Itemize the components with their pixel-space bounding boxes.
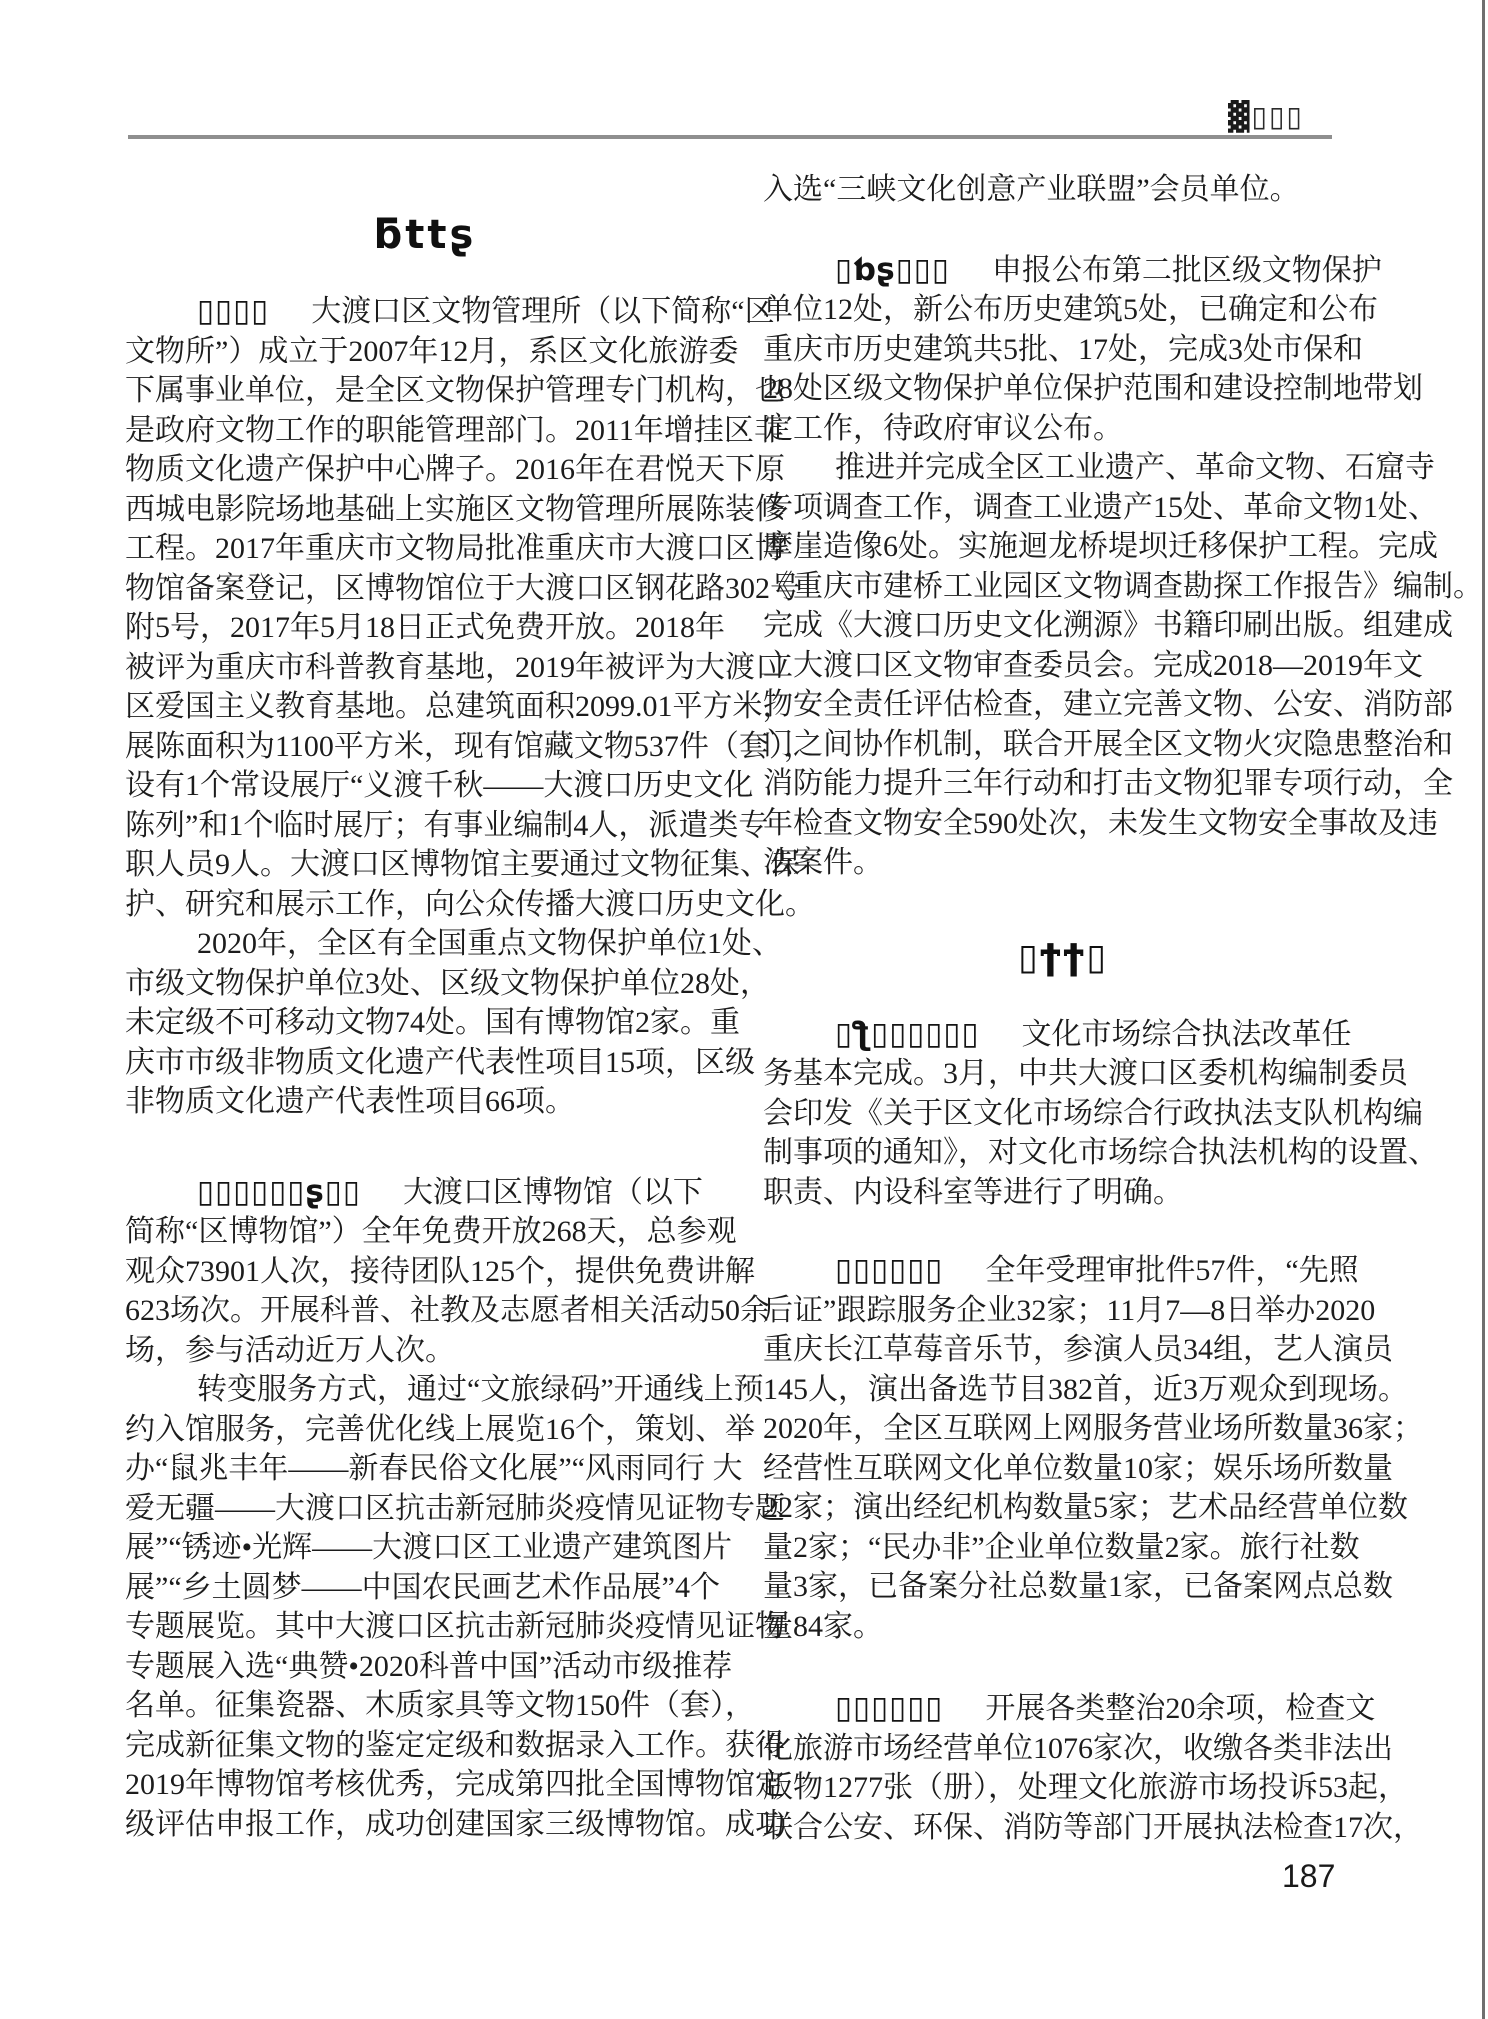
text-line: 后证”跟踪服务企业32家；11月7—8日举办2020 (763, 1291, 1363, 1331)
text-line: 区爱国主义教育基地。总建筑面积2099.01平方米， (125, 687, 725, 727)
paragraph-spacer (763, 883, 1363, 929)
entry-term-missing-glyphs: ▯▯▯▯ (197, 293, 269, 329)
text-line: 2020年，全区有全国重点文物保护单位1处、 (125, 924, 725, 964)
text-line: 约入馆服务，完善优化线上展览16个，策划、举 (125, 1410, 725, 1450)
section-heading: ▯ϯϯ▯ (763, 929, 1363, 987)
text-line: 入选“三峡文化创意产业联盟”会员单位。 (763, 170, 1363, 210)
text-line: 观众73901人次，接待团队125个，提供免费讲解 (125, 1252, 725, 1292)
text-line: 文物所”）成立于2007年12月，系区文化旅游委 (125, 332, 725, 372)
text-line: 非物质文化遗产代表性项目66项。 (125, 1082, 725, 1122)
paragraph-spacer (763, 210, 1363, 251)
text-line: 展”“锈迹•光辉——大渡口区工业遗产建筑图片 (125, 1528, 725, 1568)
text-line: 未定级不可移动文物74处。国有博物馆2家。重 (125, 1003, 725, 1043)
paragraph-spacer (125, 1122, 725, 1173)
text-line: 职人员9人。大渡口区博物馆主要通过文物征集、保 (125, 845, 725, 885)
text-line: 年检查文物安全590处次，未发生文物安全事故及违 (763, 804, 1363, 844)
text-line: 转变服务方式，通过“文旅绿码”开通线上预 (125, 1370, 725, 1410)
text-line: 职责、内设科室等进行了明确。 (763, 1173, 1363, 1213)
text-line: 2020年，全区互联网上网服务营业场所数量36家； (763, 1409, 1363, 1449)
text-line: 被评为重庆市科普教育基地，2019年被评为大渡口 (125, 648, 725, 688)
page-number: 187 (1282, 1858, 1335, 1895)
text-line: 专项调查工作，调查工业遗产15处、革命文物1处、 (763, 488, 1363, 528)
text-line: 法案件。 (763, 843, 1363, 883)
text-line: 陈列”和1个临时展厅；有事业编制4人，派遣类专 (125, 806, 725, 846)
paragraph-spacer (763, 987, 1363, 1015)
text-line: 摩崖造像6处。实施迴龙桥堤坝迁移保护工程。完成 (763, 527, 1363, 567)
text-line: 版物1277张（册），处理文化旅游市场投诉53起， (763, 1768, 1363, 1808)
chapter-heading: ƃttʂ (125, 209, 725, 261)
text-line: 联合公安、环保、消防等部门开展执法检查17次， (763, 1808, 1363, 1848)
running-head-missing-glyph-boxes: ▯▯▯ (1252, 100, 1304, 133)
text-line: 重庆市历史建筑共5批、17处，完成3处市保和 (763, 330, 1363, 370)
text-line: 简称“区博物馆”）全年免费开放268天，总参观 (125, 1212, 725, 1252)
entry-term-missing-glyphs: ▯▯▯▯▯▯ʂ▯▯ (197, 1174, 361, 1210)
text-line: 专题展览。其中大渡口区抗击新冠肺炎疫情见证物 (125, 1607, 725, 1647)
text-line: 附5号，2017年5月18日正式免费开放。2018年 (125, 608, 725, 648)
text-line: 《重庆市建桥工业园区文物调查勘探工作报告》编制。 (763, 567, 1363, 607)
text-line: 推进并完成全区工业遗产、革命文物、石窟寺 (763, 448, 1363, 488)
text-line: 重庆长江草莓音乐节，参演人员34组，艺人演员 (763, 1330, 1363, 1370)
text-line: 物质文化遗产保护中心牌子。2016年在君悦天下原 (125, 450, 725, 490)
text-line: 2019年博物馆考核优秀，完成第四批全国博物馆定 (125, 1765, 725, 1805)
text-line: ▯▯▯▯▯▯ʂ▯▯大渡口区博物馆（以下 (125, 1173, 725, 1213)
text-line: 145人，演出备选节目382首，近3万观众到现场。 (763, 1370, 1363, 1410)
text-line: 工程。2017年重庆市文物局批准重庆市大渡口区博 (125, 529, 725, 569)
text-line: 单位12处，新公布历史建筑5处，已确定和公布 (763, 290, 1363, 330)
right-text-column: 入选“三峡文化创意产业联盟”会员单位。▯ƅʂ▯▯▯申报公布第二批区级文物保护单位… (763, 170, 1363, 1847)
text-line: 庆市市级非物质文化遗产代表性项目15项，区级 (125, 1043, 725, 1083)
text-line: 爱无疆——大渡口区抗击新冠肺炎疫情见证物专题 (125, 1489, 725, 1529)
text-line: 护、研究和展示工作，向公众传播大渡口历史文化。 (125, 885, 725, 925)
text-line: 完成新征集文物的鉴定定级和数据录入工作。获得 (125, 1726, 725, 1766)
running-head-ornament-glyph: ▓ (1228, 100, 1252, 133)
text-line: 定工作，待政府审议公布。 (763, 409, 1363, 449)
text-line: 量2家；“民办非”企业单位数量2家。旅行社数 (763, 1528, 1363, 1568)
text-line: 门之间协作机制，联合开展全区文物火灾隐患整治和 (763, 725, 1363, 765)
left-text-column: ▯▯▯▯大渡口区文物管理所（以下简称“区文物所”）成立于2007年12月，系区文… (125, 292, 725, 1844)
text-line: ▯ƅʂ▯▯▯申报公布第二批区级文物保护 (763, 251, 1363, 291)
text-line: 场，参与活动近万人次。 (125, 1331, 725, 1371)
text-line: 完成《大渡口历史文化溯源》书籍印刷出版。组建成 (763, 606, 1363, 646)
page-scan-edge (1482, 0, 1485, 2019)
text-line: 级评估申报工作，成功创建国家三级博物馆。成功 (125, 1805, 725, 1845)
entry-term-missing-glyphs: ▯▯▯▯▯▯ (835, 1690, 943, 1726)
text-line: 办“鼠兆丰年——新春民俗文化展”“风雨同行 大 (125, 1449, 725, 1489)
text-line: 消防能力提升三年行动和打击文物犯罪专项行动，全 (763, 764, 1363, 804)
entry-term-missing-glyphs: ▯▯▯▯▯▯ (835, 1252, 943, 1288)
text-line: 量3家，已备案分社总数量1家，已备案网点总数 (763, 1567, 1363, 1607)
text-line: 物安全责任评估检查，建立完善文物、公安、消防部 (763, 685, 1363, 725)
text-line: 西城电影院场地基础上实施区文物管理所展陈装修 (125, 490, 725, 530)
text-line: 化旅游市场经营单位1076家次，收缴各类非法出 (763, 1729, 1363, 1769)
text-line: 会印发《关于区文化市场综合行政执法支队机构编 (763, 1094, 1363, 1134)
running-head: ▓▯▯▯ (1228, 100, 1304, 134)
text-line: 市级文物保护单位3处、区级文物保护单位28处， (125, 964, 725, 1004)
entry-term-missing-glyphs: ▯ƅʂ▯▯▯ (835, 252, 950, 288)
text-line: 物馆备案登记，区博物馆位于大渡口区钢花路302号 (125, 569, 725, 609)
text-line: 专题展入选“典赞•2020科普中国”活动市级推荐 (125, 1647, 725, 1687)
text-line: ▯▯▯▯大渡口区文物管理所（以下简称“区 (125, 292, 725, 332)
text-line: 是政府文物工作的职能管理部门。2011年增挂区非 (125, 411, 725, 451)
text-line: 立大渡口区文物审查委员会。完成2018—2019年文 (763, 646, 1363, 686)
text-line: 28处区级文物保护单位保护范围和建设控制地带划 (763, 369, 1363, 409)
text-line: ▯▯▯▯▯▯全年受理审批件57件，“先照 (763, 1251, 1363, 1291)
text-line: 制事项的通知》，对文化市场综合执法机构的设置、 (763, 1133, 1363, 1173)
text-line: 22家；演出经纪机构数量5家；艺术品经营单位数 (763, 1488, 1363, 1528)
text-line: ▯▯▯▯▯▯开展各类整治20余项，检查文 (763, 1689, 1363, 1729)
text-line: 设有1个常设展厅“义渡千秋——大渡口历史文化 (125, 766, 725, 806)
text-line: 务基本完成。3月，中共大渡口区委机构编制委员 (763, 1054, 1363, 1094)
header-rule (128, 135, 1332, 139)
paragraph-spacer (763, 1212, 1363, 1251)
text-line: 623场次。开展科普、社教及志愿者相关活动50余 (125, 1291, 725, 1331)
text-line: 名单。征集瓷器、木质家具等文物150件（套）， (125, 1686, 725, 1726)
text-line: 展陈面积为1100平方米，现有馆藏文物537件（套）， (125, 727, 725, 767)
text-line: ▯ƪ▯▯▯▯▯▯文化市场综合执法改革任 (763, 1015, 1363, 1055)
text-line: 经营性互联网文化单位数量10家；娱乐场所数量 (763, 1449, 1363, 1489)
document-page: ▓▯▯▯ ƃttʂ ▯▯▯▯大渡口区文物管理所（以下简称“区文物所”）成立于20… (0, 0, 1488, 2019)
paragraph-spacer (763, 1646, 1363, 1689)
text-line: 展”“乡土圆梦——中国农民画艺术作品展”4个 (125, 1568, 725, 1608)
text-line: 下属事业单位，是全区文物保护管理专门机构，也 (125, 371, 725, 411)
entry-term-missing-glyphs: ▯ƪ▯▯▯▯▯▯ (835, 1016, 980, 1052)
text-line: 量84家。 (763, 1607, 1363, 1647)
